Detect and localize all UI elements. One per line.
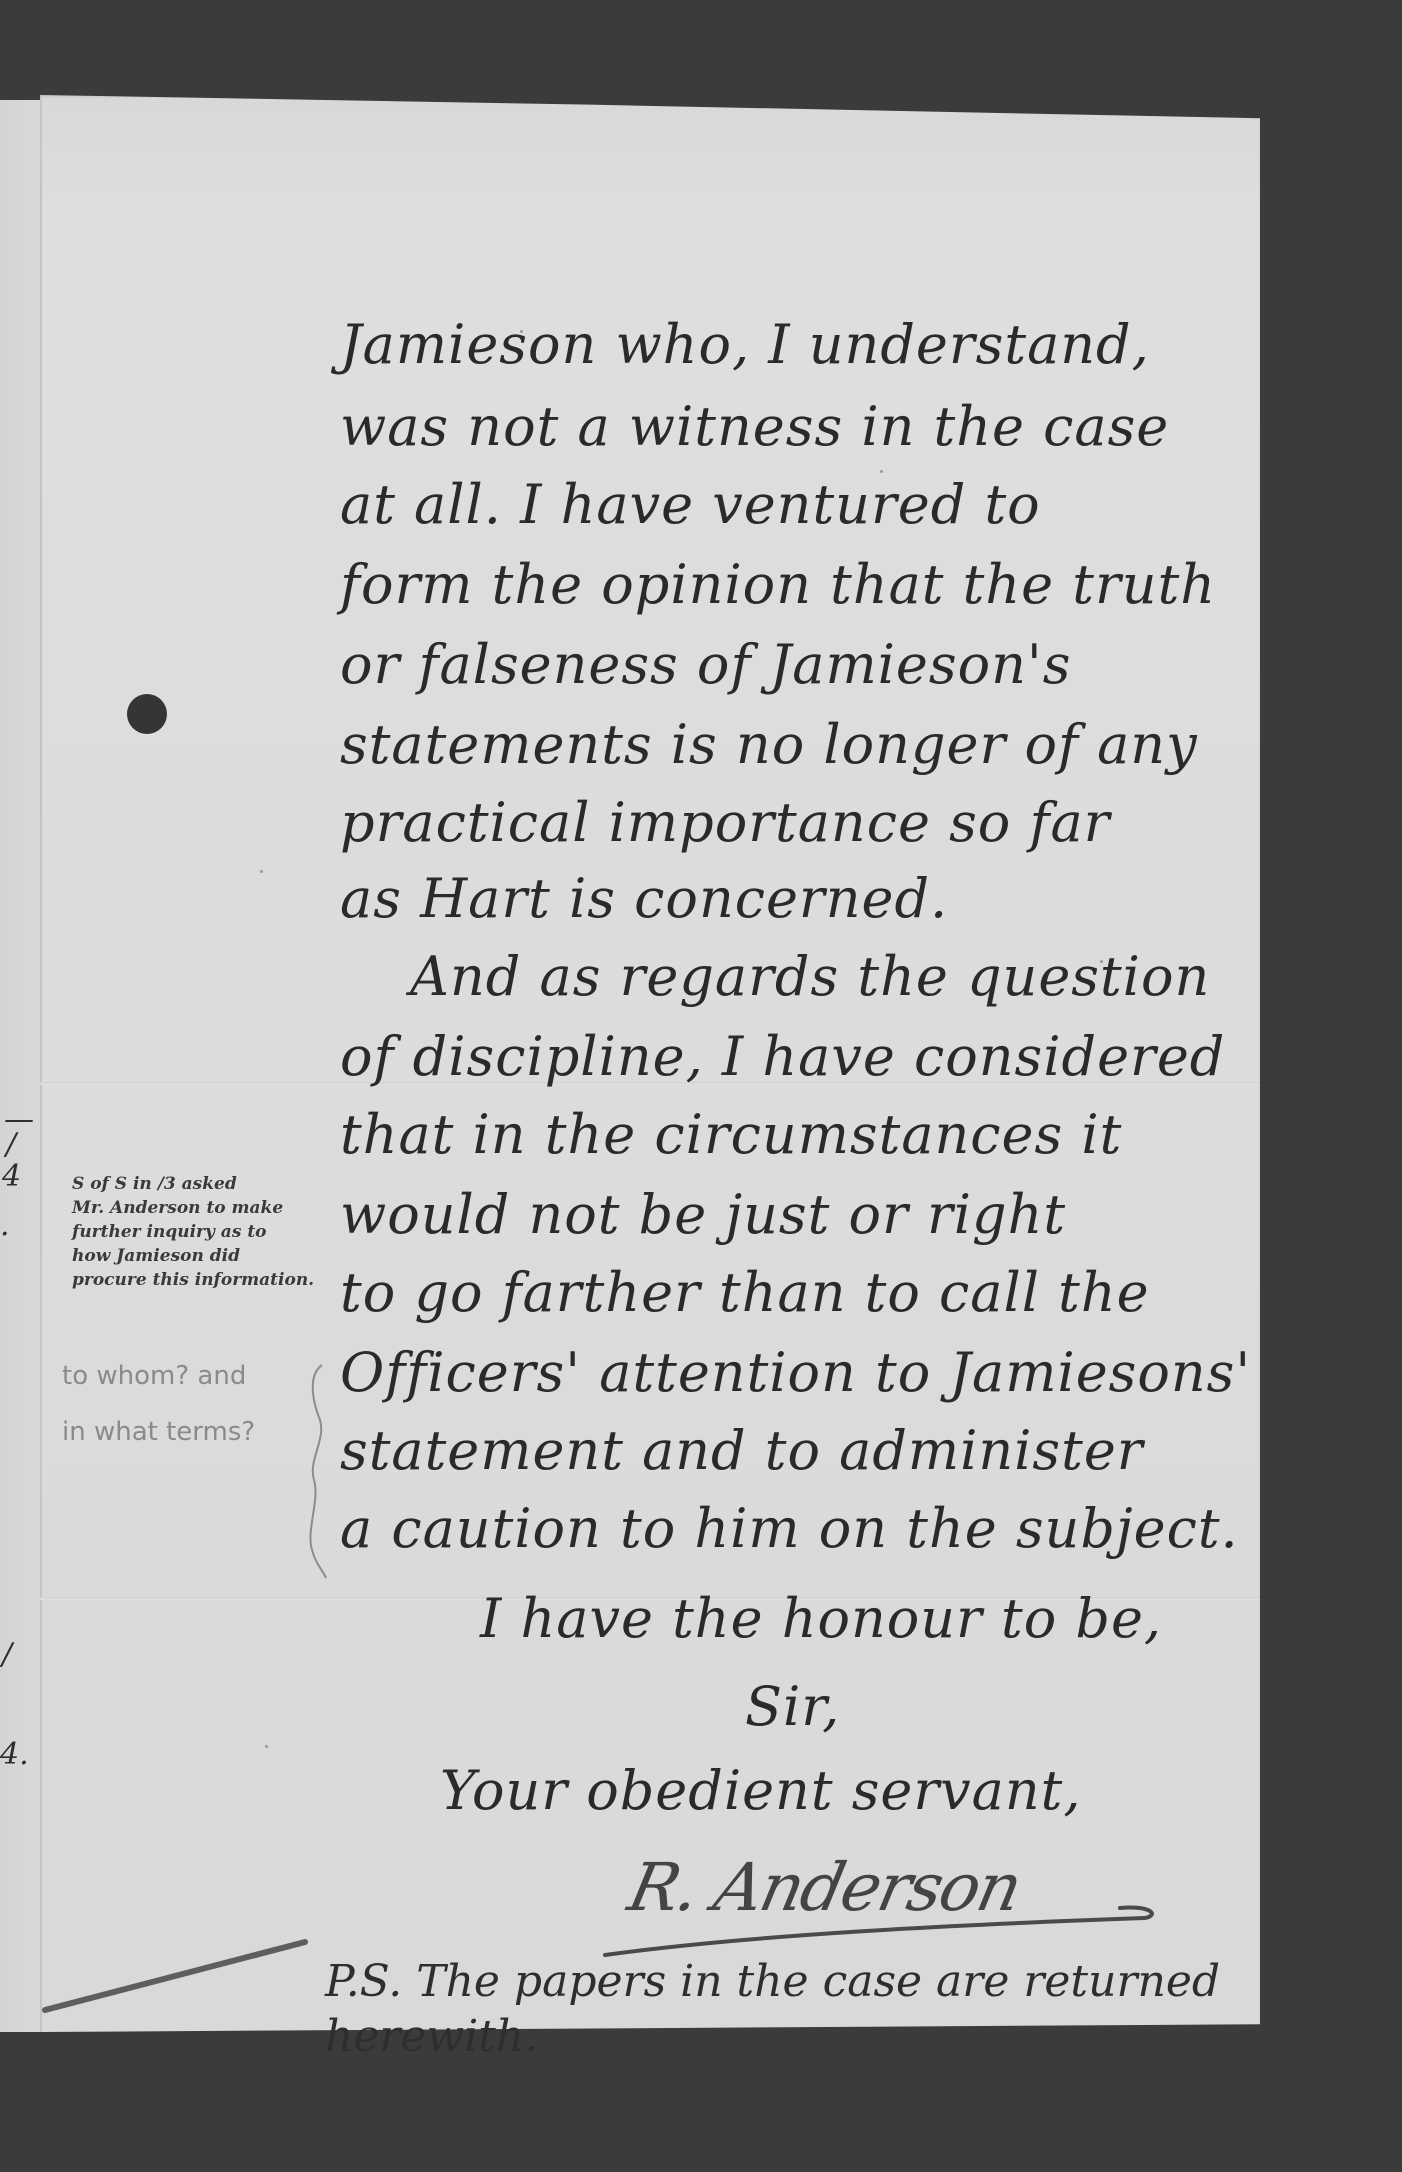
body-line: statement and to administer [340, 1424, 1144, 1478]
body-line: form the opinion that the truth [340, 558, 1216, 612]
hole-punch [127, 694, 167, 734]
margin-query-line: to whom? and [62, 1348, 255, 1404]
previous-page-fragment: 4 [2, 1162, 21, 1192]
closing-line: Your obedient servant, [440, 1764, 1082, 1818]
page-seam [40, 95, 42, 2032]
body-line: or falseness of Jamieson's [340, 638, 1071, 692]
body-line: to go farther than to call the [340, 1266, 1150, 1320]
previous-page-fragment: 4. [0, 1740, 29, 1770]
pencil-pointer-line [40, 1930, 330, 2020]
signature-underline [600, 1900, 1160, 1960]
margin-query-line: in what terms? [62, 1404, 255, 1460]
closing-line: I have the honour to be, [480, 1592, 1162, 1646]
body-line: statements is no longer of any [340, 718, 1198, 772]
body-line: at all. I have ventured to [340, 478, 1041, 532]
body-line: And as regards the question [410, 950, 1210, 1004]
body-line: as Hart is concerned. [340, 872, 948, 926]
body-line: Jamieson who, I understand, [340, 318, 1150, 372]
margin-note-line: procure this information. [72, 1268, 332, 1292]
body-line: was not a witness in the case [340, 400, 1169, 454]
previous-page-fragment: · [0, 1220, 10, 1250]
previous-page-fragment: / [2, 1640, 12, 1670]
margin-note-line: further inquiry as to [72, 1220, 332, 1244]
body-line: of discipline, I have considered [340, 1030, 1225, 1084]
margin-note-line: S of S in /3 asked [72, 1172, 332, 1196]
pencil-brace [300, 1360, 330, 1580]
previous-page-edge: — / 4 · / 4. [0, 100, 42, 2032]
closing-salutation: Sir, [745, 1680, 840, 1734]
postscript-line: P.S. The papers in the case are returned [325, 1960, 1220, 2004]
body-line: would not be just or right [340, 1188, 1066, 1242]
margin-note-ink: S of S in /3 asked Mr. Anderson to make … [72, 1172, 332, 1292]
paper-speck [260, 870, 263, 873]
margin-note-line: Mr. Anderson to make [72, 1196, 332, 1220]
margin-note-line: how Jamieson did [72, 1244, 332, 1268]
margin-note-pencil: to whom? and in what terms? [62, 1348, 255, 1460]
body-line: that in the circumstances it [340, 1108, 1122, 1162]
paper-speck [265, 1745, 268, 1748]
body-line: a caution to him on the subject. [340, 1502, 1239, 1556]
postscript-line: herewith. [325, 2015, 538, 2059]
body-line: practical importance so far [340, 796, 1110, 850]
previous-page-fragment: / [6, 1130, 16, 1160]
body-line: Officers' attention to Jamiesons' [340, 1346, 1251, 1400]
